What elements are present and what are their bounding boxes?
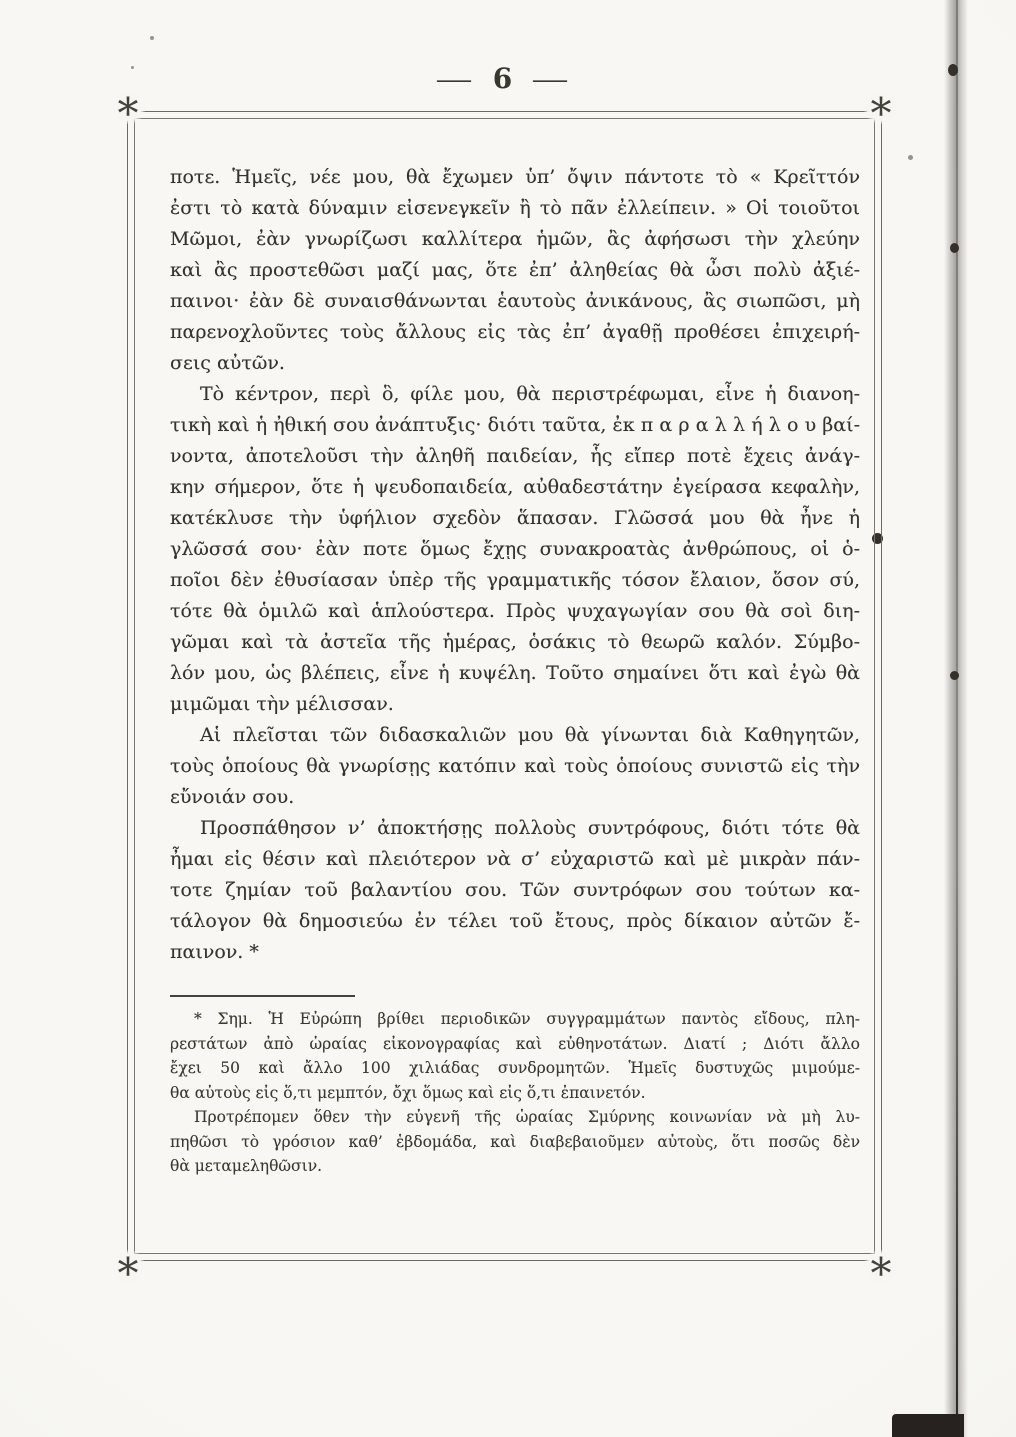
text-line: τοὺς ὁποίους θὰ γνωρίσῃς κατόπιν καὶ τοὺ… xyxy=(170,751,860,782)
text-line: τικὴ καὶ ἡ ἠθική σου ἀνάπτυξις· διότι τα… xyxy=(170,410,860,441)
text-line: λόν μου, ὡς βλέπεις, εἶνε ἡ κυψέλη. Τοῦτ… xyxy=(170,658,860,689)
asterisk-ornament-icon: * xyxy=(864,90,898,124)
text-line: μιμῶμαι τὴν μέλισσαν. xyxy=(170,689,860,720)
text-line: Τὸ κέντρον, περὶ ὃ, φίλε μου, θὰ περιστρ… xyxy=(170,379,860,410)
paragraph: Αἱ πλεῖσται τῶν διδασκαλιῶν μου θὰ γίνων… xyxy=(170,720,860,813)
scan-speck xyxy=(150,36,154,40)
text-line: παρενοχλοῦντες τοὺς ἄλλους εἰς τὰς ἐπ’ ἀ… xyxy=(170,317,860,348)
text-line: γλῶσσά σου· ἐὰν ποτε ὅμως ἔχῃς συνακροατ… xyxy=(170,534,860,565)
text-line: παινοι· ἐὰν δὲ συναισθάνωνται ἑαυτοὺς ἀν… xyxy=(170,286,860,317)
footnote-line: θα αὐτοὺς εἰς ὅ,τι μεμπτόν, ὄχι ὅμως καὶ… xyxy=(170,1081,860,1106)
text-line: ἦμαι εἰς θέσιν καὶ πλειότερον νὰ σ’ εὐχα… xyxy=(170,844,860,875)
footnote-line: θὰ μεταμεληθῶσιν. xyxy=(170,1154,860,1179)
footnote-line: πηθῶσι τὸ γρόσιον καθ’ ἑβδομάδα, καὶ δια… xyxy=(170,1130,860,1155)
text-line: κην σήμερον, ὅτε ἡ ψευδοπαιδεία, αὐθαδεσ… xyxy=(170,472,860,503)
text-line: τότε θὰ ὁμιλῶ καὶ ἁπλούστερα. Πρὸς ψυχαγ… xyxy=(170,596,860,627)
footnote-line: * Σημ. Ἡ Εὐρώπη βρίθει περιοδικῶν συγγρα… xyxy=(170,1007,860,1032)
text-line: σεις αὐτῶν. xyxy=(170,348,860,379)
main-text: ποτε. Ἡμεῖς, νέε μου, θὰ ἔχωμεν ὑπ’ ὄψιν… xyxy=(170,162,860,968)
scan-edge-line xyxy=(956,0,958,1437)
text-line: Προσπάθησον ν’ ἀποκτήσῃς πολλοὺς συντρόφ… xyxy=(170,813,860,844)
text-line: κατέκλυσε τὴν ὑφήλιον σχεδὸν ἅπασαν. Γλῶ… xyxy=(170,503,860,534)
text-line: παινον. * xyxy=(170,937,860,968)
scan-speck xyxy=(908,155,913,160)
asterisk-ornament-icon: * xyxy=(864,1250,898,1284)
page-number: 6 xyxy=(493,62,514,95)
text-line: γῶμαι καὶ τὰ ἀστεῖα τῆς ἡμέρας, ὁσάκις τ… xyxy=(170,627,860,658)
page-header: — 6 — xyxy=(127,62,880,95)
scan-corner-mark xyxy=(892,1414,964,1437)
paragraph: Προσπάθησον ν’ ἀποκτήσῃς πολλοὺς συντρόφ… xyxy=(170,813,860,968)
text-line: ποτε. Ἡμεῖς, νέε μου, θὰ ἔχωμεν ὑπ’ ὄψιν… xyxy=(170,162,860,193)
paragraph: ποτε. Ἡμεῖς, νέε μου, θὰ ἔχωμεν ὑπ’ ὄψιν… xyxy=(170,162,860,379)
asterisk-ornament-icon: * xyxy=(111,1250,145,1284)
text-line: εὔνοιάν σου. xyxy=(170,782,860,813)
paragraph: Τὸ κέντρον, περὶ ὃ, φίλε μου, θὰ περιστρ… xyxy=(170,379,860,720)
footnote-line: ρεστάτων ἀπὸ ὡραίας εἰκονογραφίας καὶ εὐ… xyxy=(170,1032,860,1057)
footnote-line: ἔχει 50 καὶ ἄλλο 100 χιλιάδας συνδρομητῶ… xyxy=(170,1056,860,1081)
text-line: καὶ ἂς προστεθῶσι μαζί μας, ὅτε ἐπ’ ἀληθ… xyxy=(170,255,860,286)
text-line: Αἱ πλεῖσται τῶν διδασκαλιῶν μου θὰ γίνων… xyxy=(170,720,860,751)
asterisk-ornament-icon: * xyxy=(111,90,145,124)
text-line: τοτε ζημίαν τοῦ βαλαντίου σου. Τῶν συντρ… xyxy=(170,875,860,906)
footnote: * Σημ. Ἡ Εὐρώπη βρίθει περιοδικῶν συγγρα… xyxy=(170,1007,860,1179)
scan-blemish xyxy=(950,243,959,253)
footnote-line: Προτρέπομεν ὅθεν τὴν εὐγενῆ τῆς ὡραίας Σ… xyxy=(170,1105,860,1130)
scan-blemish xyxy=(948,64,958,76)
text-line: νοντα, ἀποτελοῦσι τὴν ἀληθῆ παιδείαν, ἧς… xyxy=(170,441,860,472)
text-line: Μῶμοι, ἐὰν γνωρίζωσι καλλίτερα ἡμῶν, ἂς … xyxy=(170,224,860,255)
scan-blemish xyxy=(950,671,959,680)
page-number-dash-left: — xyxy=(435,65,476,94)
footnote-separator xyxy=(170,995,355,997)
text-line: ἐστι τὸ κατὰ δύναμιν εἰσενεγκεῖν ἢ τὸ πᾶ… xyxy=(170,193,860,224)
page-number-dash-right: — xyxy=(531,65,572,94)
text-line: τάλογον θὰ δημοσιεύω ἐν τέλει τοῦ ἔτους,… xyxy=(170,906,860,937)
scanned-book-page: { "colors": { "paper": "#f8f7f3", "ink":… xyxy=(0,0,1016,1437)
text-line: ποῖοι δὲν ἐθυσίασαν ὑπὲρ τῆς γραμματικῆς… xyxy=(170,565,860,596)
